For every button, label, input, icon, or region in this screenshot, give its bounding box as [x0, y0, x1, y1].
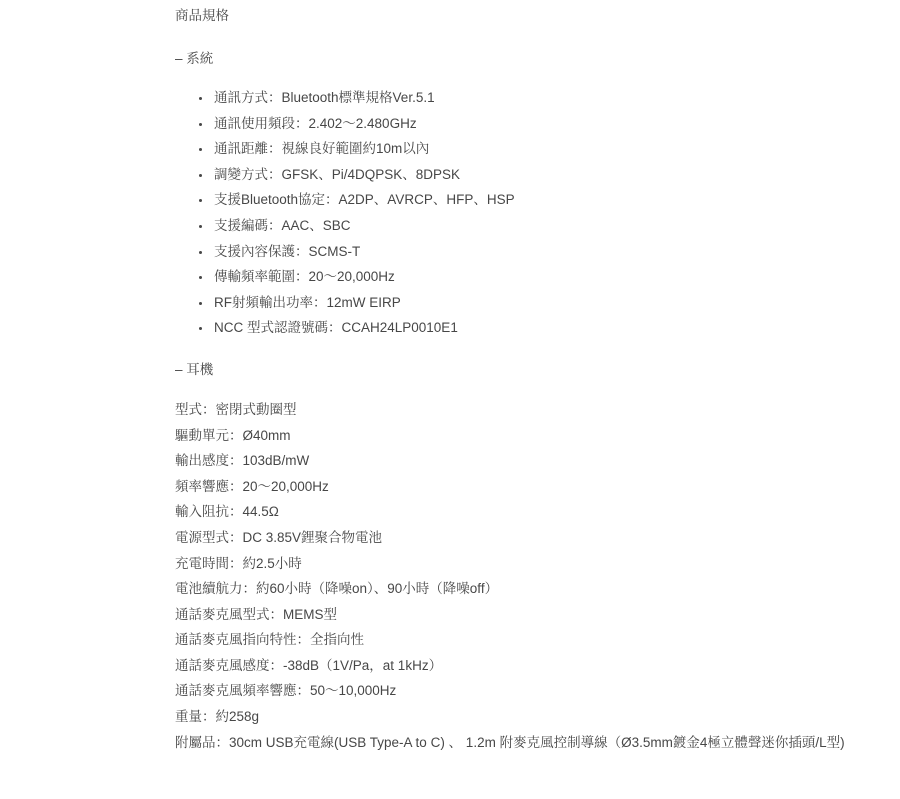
system-spec-list: 通訊方式：Bluetooth標準規格Ver.5.1通訊使用頻段：2.402～2.… [175, 85, 900, 341]
system-spec-item: 支援編碼：AAC、SBC [212, 213, 900, 239]
system-spec-item: RF射頻輸出功率：12mW EIRP [212, 290, 900, 316]
headphone-spec-line: 通話麥克風感度：-38dB（1V/Pa，at 1kHz） [175, 653, 900, 679]
headphone-spec-line: 型式：密閉式動圈型 [175, 397, 900, 423]
headphone-spec-line: 通話麥克風指向特性：全指向性 [175, 627, 900, 653]
section-heading-system: – 系統 [175, 46, 900, 72]
product-spec-page: 商品規格 – 系統 通訊方式：Bluetooth標準規格Ver.5.1通訊使用頻… [0, 0, 900, 755]
system-spec-item: 支援Bluetooth協定：A2DP、AVRCP、HFP、HSP [212, 187, 900, 213]
page-title: 商品規格 [175, 3, 900, 29]
headphone-spec-line: 充電時間：約2.5小時 [175, 551, 900, 577]
headphone-spec-line: 頻率響應：20～20,000Hz [175, 474, 900, 500]
headphone-spec-line: 通話麥克風頻率響應：50～10,000Hz [175, 678, 900, 704]
headphone-spec-line: 電池續航力：約60小時（降噪on）、90小時（降噪off） [175, 576, 900, 602]
headphone-spec-line: 電源型式：DC 3.85V鋰聚合物電池 [175, 525, 900, 551]
headphone-spec-line: 輸入阻抗：44.5Ω [175, 499, 900, 525]
system-spec-item: NCC 型式認證號碼：CCAH24LP0010E1 [212, 315, 900, 341]
headphone-spec-line: 附屬品：30cm USB充電線(USB Type-A to C) 、 1.2m … [175, 730, 900, 756]
section-heading-headphone: – 耳機 [175, 357, 900, 383]
headphone-spec-lines: 型式：密閉式動圈型驅動單元：Ø40mm輸出感度：103dB/mW頻率響應：20～… [175, 397, 900, 755]
system-spec-item: 調變方式：GFSK、Pi/4DQPSK、8DPSK [212, 162, 900, 188]
system-spec-item: 傳輸頻率範圍：20～20,000Hz [212, 264, 900, 290]
headphone-spec-line: 驅動單元：Ø40mm [175, 423, 900, 449]
system-spec-item: 通訊距離：視線良好範圍約10m以內 [212, 136, 900, 162]
headphone-spec-line: 通話麥克風型式：MEMS型 [175, 602, 900, 628]
system-spec-item: 通訊使用頻段：2.402～2.480GHz [212, 111, 900, 137]
headphone-spec-line: 重量：約258g [175, 704, 900, 730]
system-spec-item: 通訊方式：Bluetooth標準規格Ver.5.1 [212, 85, 900, 111]
headphone-spec-line: 輸出感度：103dB/mW [175, 448, 900, 474]
system-spec-item: 支援內容保護：SCMS-T [212, 239, 900, 265]
